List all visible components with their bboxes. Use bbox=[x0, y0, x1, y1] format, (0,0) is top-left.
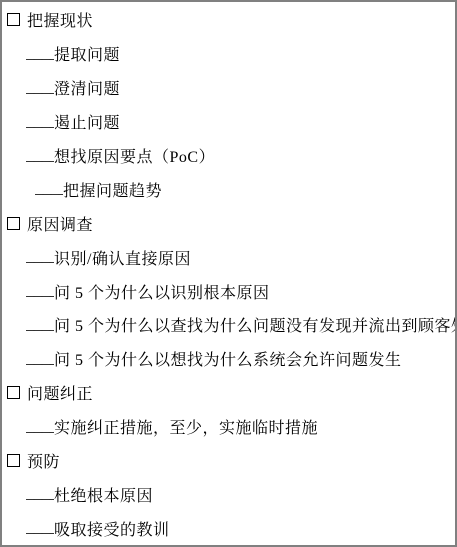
fill-in-blank: ____ bbox=[26, 147, 54, 165]
checklist-item-row: ____ 实施纠正措施，至少，实施临时措施 bbox=[2, 410, 455, 444]
checklist-item-row: ____ 问 5 个为什么以查找为什么问题没有发现并流出到顾客处 bbox=[2, 308, 455, 342]
checklist-item-label: 杜绝根本原因 bbox=[54, 483, 153, 506]
section-header-row: 把握现状 bbox=[2, 3, 455, 37]
checklist-item-label: 遏止问题 bbox=[54, 110, 120, 133]
checklist-item-row: ____ 把握问题趋势 bbox=[2, 172, 455, 206]
section-title: 把握现状 bbox=[27, 8, 93, 31]
fill-in-blank: ____ bbox=[26, 418, 54, 436]
fill-in-blank: ____ bbox=[26, 316, 54, 334]
checklist-item-row: ____ 遏止问题 bbox=[2, 105, 455, 139]
checklist-item-row: ____ 问 5 个为什么以识别根本原因 bbox=[2, 274, 455, 308]
checklist-item-row: ____ 吸取接受的教训 bbox=[2, 511, 455, 545]
checklist-item-label: 问 5 个为什么以识别根本原因 bbox=[54, 280, 270, 303]
checkbox-unchecked-icon[interactable] bbox=[7, 217, 20, 230]
fill-in-blank: ____ bbox=[26, 350, 54, 368]
checklist-item-row: ____ 识别/确认直接原因 bbox=[2, 240, 455, 274]
fill-in-blank: ____ bbox=[35, 180, 63, 198]
checklist-item-row: ____ 提取问题 bbox=[2, 37, 455, 71]
checklist-item-label: 澄清问题 bbox=[54, 76, 120, 99]
checklist-item-label: 识别/确认直接原因 bbox=[54, 246, 191, 269]
checklist-item-label: 问 5 个为什么以想找为什么系统会允许问题发生 bbox=[54, 347, 402, 370]
fill-in-blank: ____ bbox=[26, 79, 54, 97]
section-title: 预防 bbox=[27, 449, 60, 472]
checklist-document: 把握现状 ____ 提取问题 ____ 澄清问题 ____ 遏止问题 ____ … bbox=[0, 0, 457, 547]
checklist-item-label: 提取问题 bbox=[54, 42, 120, 65]
checklist-item-label: 吸取接受的教训 bbox=[54, 517, 170, 540]
checklist-item-row: ____ 杜绝根本原因 bbox=[2, 477, 455, 511]
checkbox-unchecked-icon[interactable] bbox=[7, 386, 20, 399]
section-title: 问题纠正 bbox=[27, 381, 93, 404]
fill-in-blank: ____ bbox=[26, 45, 54, 63]
fill-in-blank: ____ bbox=[26, 485, 54, 503]
fill-in-blank: ____ bbox=[26, 519, 54, 537]
checklist-item-row: ____ 澄清问题 bbox=[2, 71, 455, 105]
section-header-row: 问题纠正 bbox=[2, 376, 455, 410]
fill-in-blank: ____ bbox=[26, 113, 54, 131]
checklist-item-label: 把握问题趋势 bbox=[63, 178, 162, 201]
checklist-item-row: ____ 问 5 个为什么以想找为什么系统会允许问题发生 bbox=[2, 342, 455, 376]
checklist-item-row: ____ 想找原因要点（PoC） bbox=[2, 139, 455, 173]
section-title: 原因调查 bbox=[27, 212, 93, 235]
checklist-item-label: 想找原因要点（PoC） bbox=[54, 144, 215, 167]
checkbox-unchecked-icon[interactable] bbox=[7, 454, 20, 467]
fill-in-blank: ____ bbox=[26, 248, 54, 266]
section-header-row: 原因调查 bbox=[2, 206, 455, 240]
checkbox-unchecked-icon[interactable] bbox=[7, 13, 20, 26]
fill-in-blank: ____ bbox=[26, 282, 54, 300]
section-header-row: 预防 bbox=[2, 444, 455, 478]
checklist-item-label: 实施纠正措施，至少，实施临时措施 bbox=[54, 415, 318, 438]
checklist-item-label: 问 5 个为什么以查找为什么问题没有发现并流出到顾客处 bbox=[54, 313, 457, 336]
